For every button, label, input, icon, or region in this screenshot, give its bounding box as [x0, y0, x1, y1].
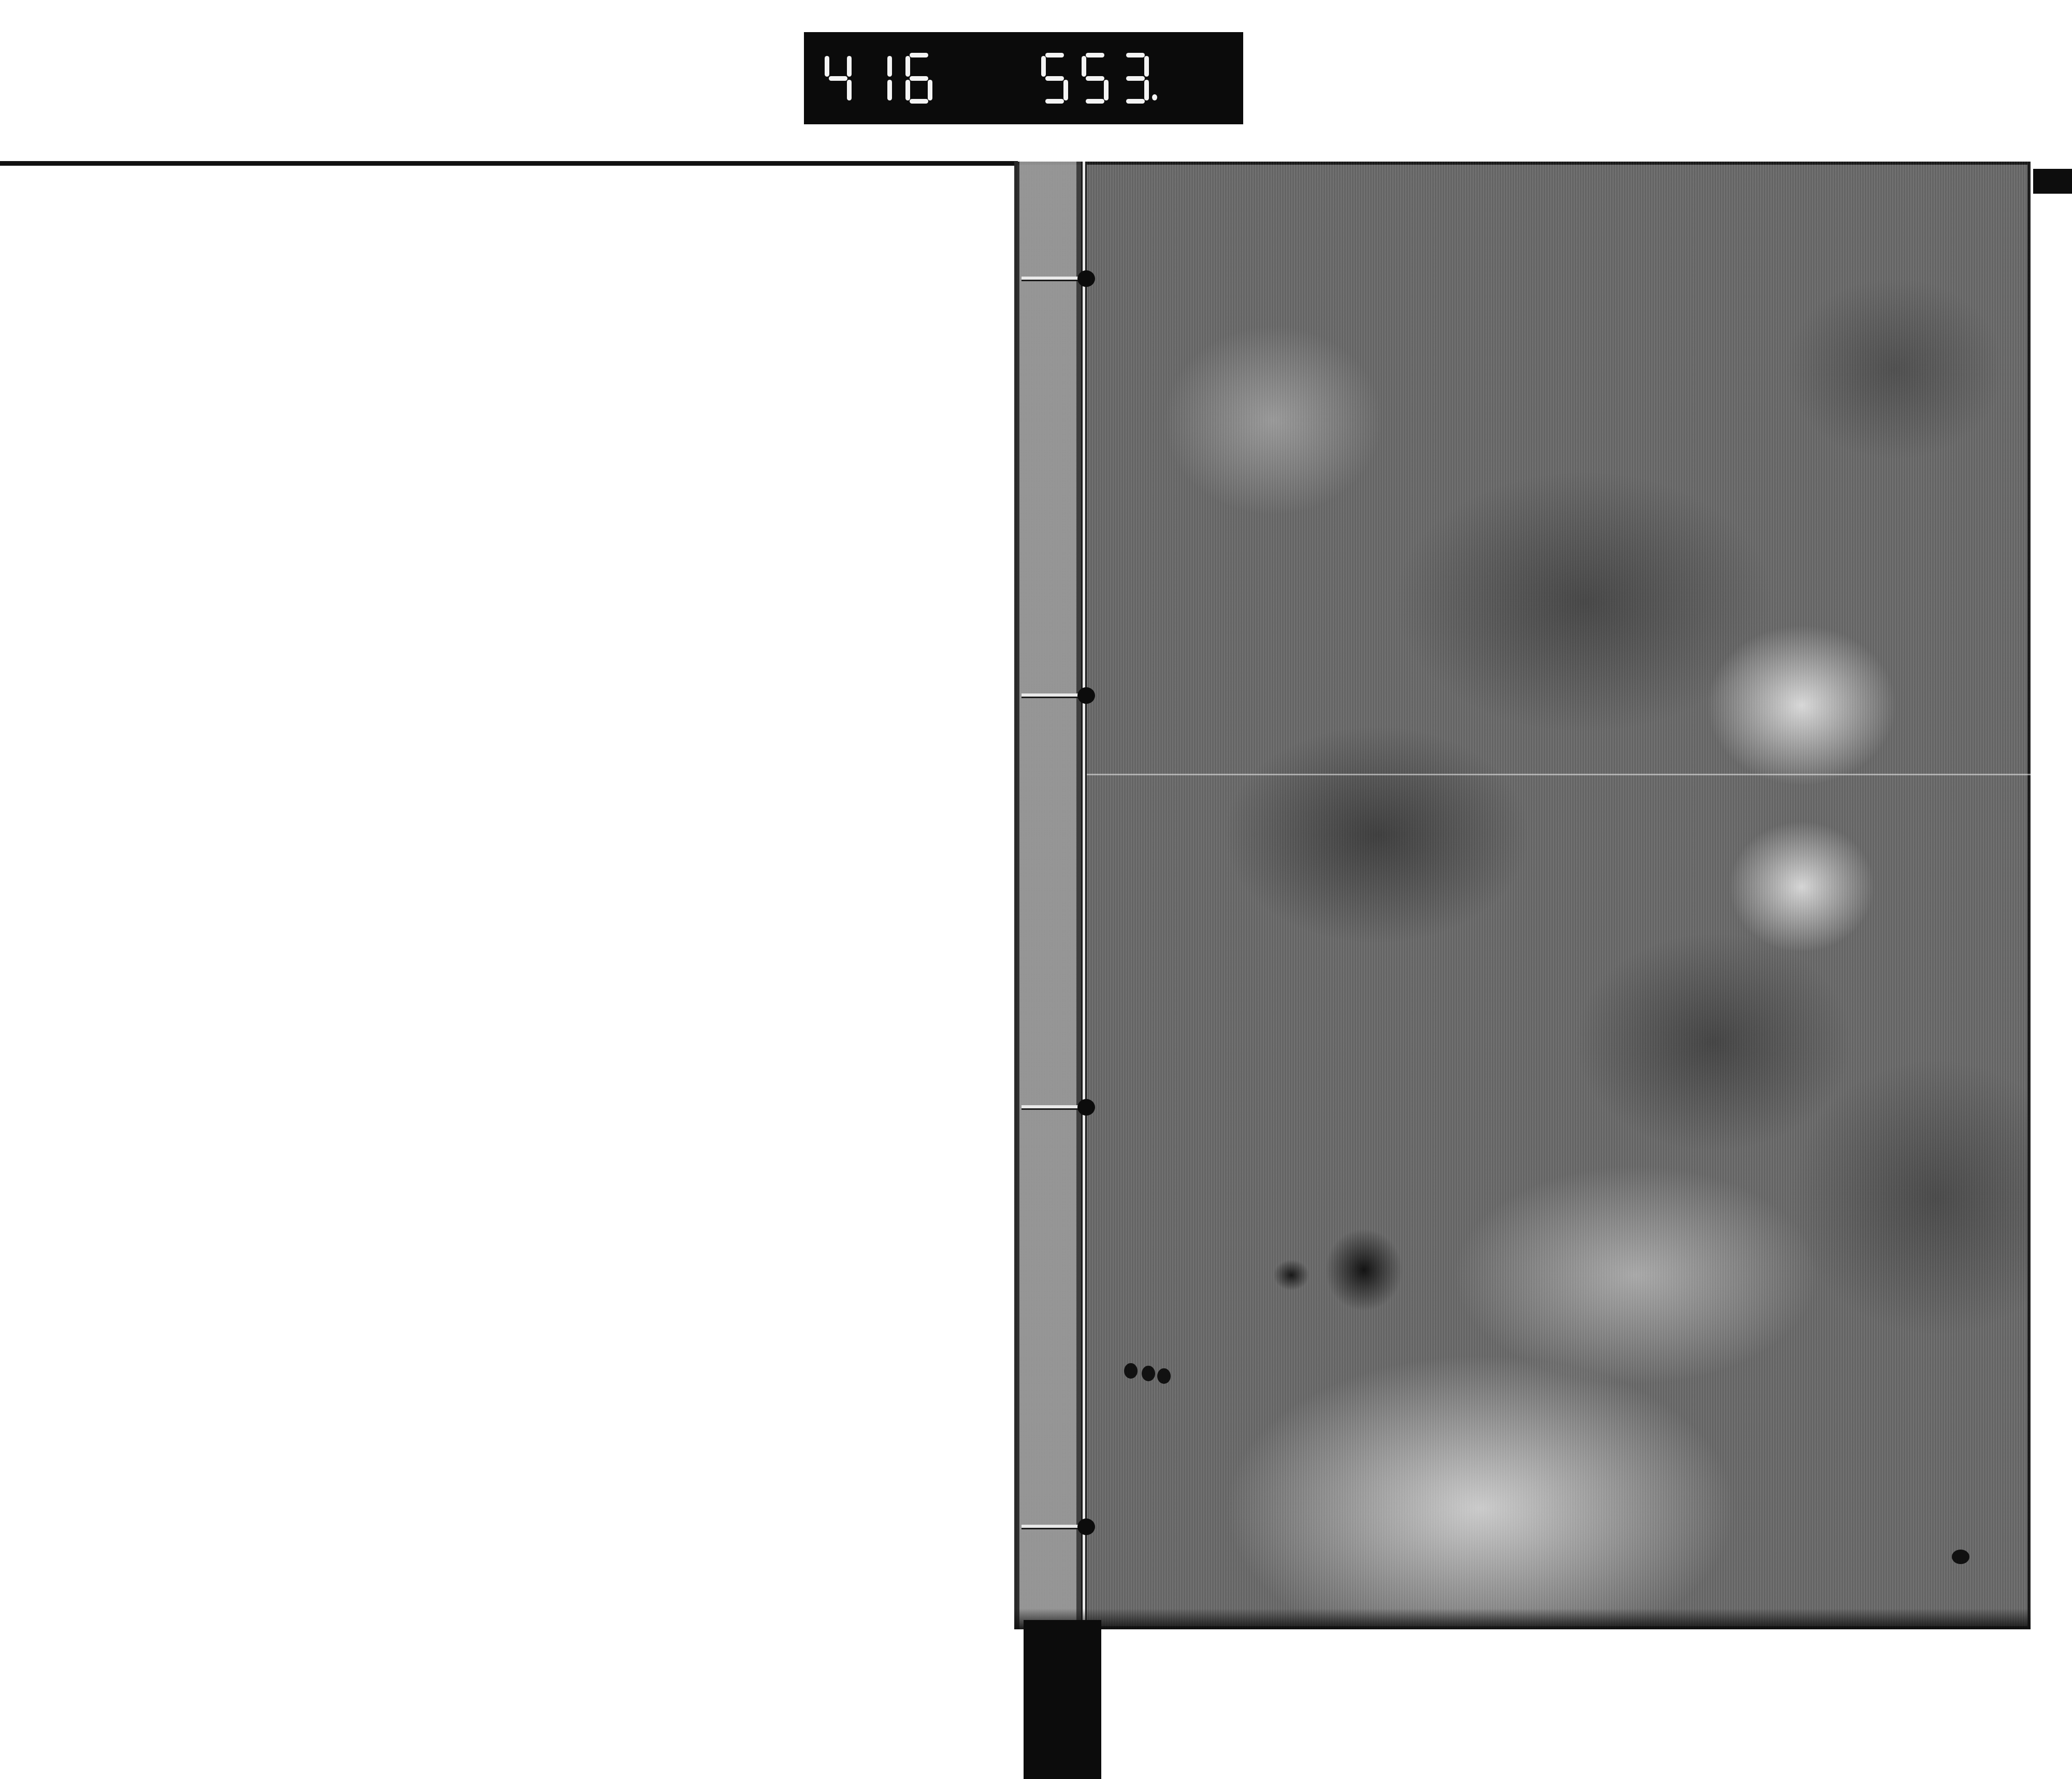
counter-digit	[1122, 53, 1149, 104]
counter-digit	[1082, 53, 1109, 104]
right-film-tab	[2033, 169, 2072, 194]
cover-texture	[1014, 162, 2031, 1629]
ink-spot	[1124, 1363, 1138, 1379]
binding-stitch	[1021, 270, 1094, 286]
binding-stitch	[1021, 1518, 1094, 1534]
book-cover	[1014, 162, 2031, 1629]
cover-crease	[1087, 774, 2031, 775]
counter-digit	[865, 53, 892, 104]
binding-stitch	[1021, 687, 1094, 703]
ink-stain	[1325, 1228, 1403, 1311]
ink-spot	[1142, 1366, 1155, 1381]
frame-counter-label: 416 553.	[804, 32, 1243, 124]
counter-group-2	[1041, 53, 1149, 104]
ink-spot	[1157, 1368, 1171, 1384]
ink-stain	[1273, 1260, 1310, 1291]
counter-digit	[905, 53, 932, 104]
bottom-film-tab	[1024, 1620, 1101, 1779]
binding-thread	[1083, 162, 1085, 1629]
book-spine	[1014, 162, 1084, 1629]
top-rule-line	[0, 161, 1018, 166]
binding-stitch	[1021, 1099, 1094, 1115]
counter-digit	[1041, 53, 1068, 104]
counter-digit	[825, 53, 852, 104]
cover-bottom-edge	[1014, 1609, 2031, 1629]
counter-group-1	[825, 53, 932, 104]
ink-spot	[1952, 1550, 1969, 1564]
